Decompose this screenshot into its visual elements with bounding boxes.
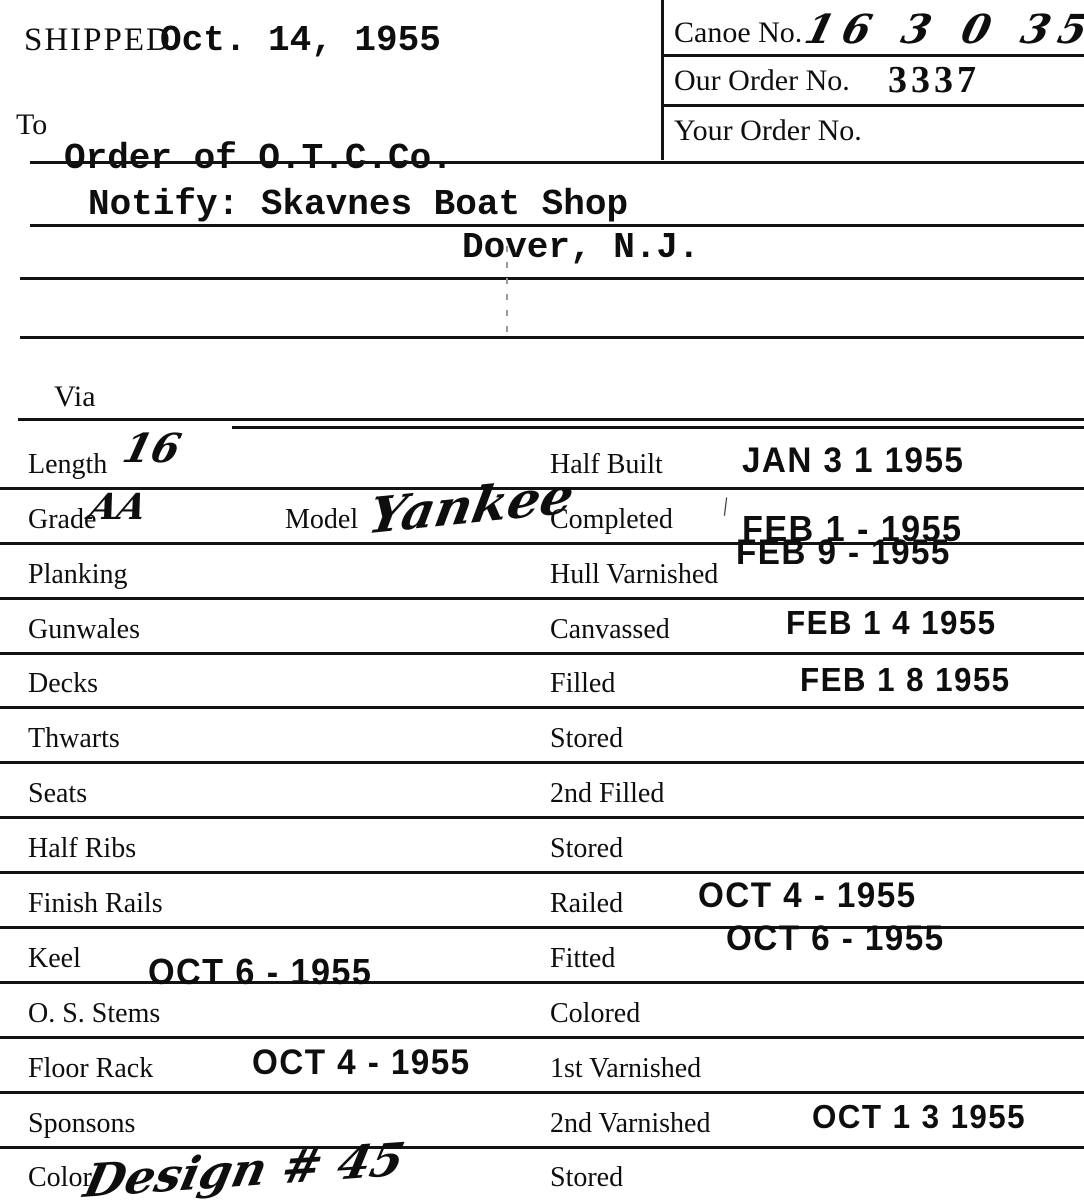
shipped-label: SHIPPED — [24, 22, 172, 59]
table-row: Half Ribs Stored — [0, 819, 1084, 874]
our-order-no-underline — [663, 104, 1084, 107]
our-order-no-value: 3337 — [888, 58, 980, 102]
spec-value-handwritten: AA — [85, 486, 151, 528]
status-label: Completed — [550, 504, 673, 536]
spec-label: Gunwales — [28, 614, 140, 646]
pencil-tick: / — [719, 491, 732, 522]
table-row: Sponsons 2nd Varnished OCT 1 3 1955 — [0, 1094, 1084, 1149]
status-date-stamp: FEB 1 4 1955 — [786, 604, 997, 642]
table-row: Decks Filled FEB 1 8 1955 — [0, 655, 1084, 710]
status-label: Stored — [550, 1162, 623, 1194]
status-date-stamp: JAN 3 1 1955 — [742, 441, 964, 481]
spec-label: Finish Rails — [28, 888, 163, 920]
canoe-no-underline — [663, 54, 1084, 57]
build-record-table: Length 16 Half Built JAN 3 1 1955 Grade … — [0, 435, 1084, 1200]
spec-label: Sponsons — [28, 1108, 135, 1140]
status-label: Fitted — [550, 943, 615, 975]
status-label: Stored — [550, 833, 623, 865]
rule-line — [20, 336, 1084, 339]
status-label: Canvassed — [550, 614, 670, 646]
consignee-notify-line: Notify: Skavnes Boat Shop — [88, 184, 628, 225]
date-stamp: OCT 4 - 1955 — [252, 1043, 471, 1083]
spec-label: Decks — [28, 668, 98, 700]
spec-label: Floor Rack — [28, 1053, 153, 1085]
status-label: Hull Varnished — [550, 559, 718, 591]
status-date-stamp: OCT 6 - 1955 — [726, 919, 945, 959]
rule-line — [30, 161, 1084, 164]
status-date-stamp: FEB 1 8 1955 — [800, 661, 1011, 699]
spec-label: Keel — [28, 943, 81, 975]
table-row: O. S. Stems Colored — [0, 984, 1084, 1039]
spec-label: Thwarts — [28, 723, 120, 755]
spec-label: Planking — [28, 559, 128, 591]
status-date-stamp: OCT 4 - 1955 — [698, 876, 917, 916]
table-row: Seats 2nd Filled — [0, 764, 1084, 819]
status-label: Railed — [550, 888, 623, 920]
table-row: Planking Hull Varnished FEB 9 - 1955 — [0, 545, 1084, 600]
model-label: Model — [285, 504, 358, 536]
your-order-no-label: Your Order No. — [674, 114, 862, 148]
to-label: To — [16, 108, 47, 142]
fold-mark — [506, 246, 508, 334]
rule-line — [18, 418, 1084, 421]
table-row: Floor Rack OCT 4 - 1955 1st Varnished — [0, 1039, 1084, 1094]
spec-label: Half Ribs — [28, 833, 136, 865]
status-label: 2nd Filled — [550, 778, 664, 810]
shipped-date-value: Oct. 14, 1955 — [160, 20, 441, 61]
table-row: Gunwales Canvassed FEB 1 4 1955 — [0, 600, 1084, 655]
spec-label: Length — [28, 449, 107, 481]
table-row: Thwarts Stored — [0, 709, 1084, 764]
record-card: SHIPPED Oct. 14, 1955 Canoe No. 16 3 0 3… — [0, 0, 1084, 1200]
rule-line — [20, 277, 1084, 280]
consignee-city-line: Dover, N.J. — [462, 227, 700, 268]
our-order-no-label: Our Order No. — [674, 64, 850, 98]
status-label: Stored — [550, 723, 623, 755]
table-row: Color Design # 45 Stored — [0, 1149, 1084, 1200]
canoe-no-label: Canoe No. — [674, 16, 802, 50]
canoe-no-value-handwritten: 16 3 0 35 — [800, 6, 1084, 53]
via-label: Via — [54, 380, 96, 414]
status-label: Filled — [550, 668, 615, 700]
consignee-order-line: Order of O.T.C.Co. — [64, 138, 453, 179]
status-label: 1st Varnished — [550, 1053, 701, 1085]
spec-label: Seats — [28, 778, 87, 810]
spec-label: O. S. Stems — [28, 998, 160, 1030]
table-row: Keel OCT 6 - 1955 Fitted OCT 6 - 1955 — [0, 929, 1084, 984]
status-date-stamp: OCT 1 3 1955 — [812, 1098, 1026, 1136]
status-label: Colored — [550, 998, 640, 1030]
rule-line — [232, 426, 1084, 429]
status-label: 2nd Varnished — [550, 1108, 710, 1140]
spec-value-handwritten: 16 — [118, 425, 185, 472]
order-box-divider — [661, 0, 664, 160]
status-date-stamp: FEB 9 - 1955 — [736, 533, 951, 573]
